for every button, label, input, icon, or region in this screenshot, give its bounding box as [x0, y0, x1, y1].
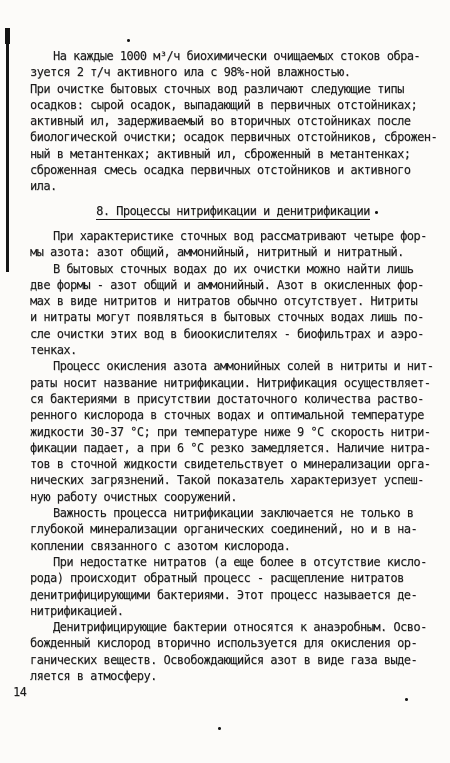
text-line: Процесс окисления азота аммонийных солей…	[30, 358, 436, 374]
text-line: тов в сточной жидкости свидетельствует о…	[30, 456, 436, 472]
text-line: Важность процесса нитрификации заключает…	[30, 505, 436, 521]
text-block: На каждые 1000 м³/ч биохимически очищаем…	[30, 48, 436, 701]
text-line: и нитраты могут появляться в бытовых сто…	[30, 309, 436, 325]
text-line: На каждые 1000 м³/ч биохимически очищаем…	[30, 48, 436, 64]
scanned-document-page: На каждые 1000 м³/ч биохимически очищаем…	[0, 0, 450, 763]
text-line: коплении связанного с азотом кислорода.	[30, 538, 436, 554]
text-line: фикации падает, а при 6 °С резко замедля…	[30, 440, 436, 456]
scan-artifact-binding-line	[6, 28, 9, 272]
section-heading: 8. Процессы нитрификации и денитрификаци…	[30, 203, 436, 219]
text-line: биологической очистки; осадок первичных …	[30, 129, 436, 145]
text-line: нических загрязнений. Такой показатель х…	[30, 472, 436, 488]
text-line: сле очистки этих вод в биоокислителях - …	[30, 326, 436, 342]
text-line: Денитрифицирующие бактерии относятся к а…	[30, 619, 436, 635]
text-line: активный ил, задерживаемый во вторичных …	[30, 113, 436, 129]
text-line: сброженная смесь осадка первичных отстой…	[30, 162, 436, 178]
text-line: нитрификацией.	[30, 603, 436, 619]
text-line: божденный кислород вторично используется…	[30, 635, 436, 651]
text-line: мы азота: азот общий, аммонийный, нитрит…	[30, 244, 436, 260]
text-line: ляется в атмосферу.	[30, 668, 436, 684]
paragraph: Процесс окисления азота аммонийных солей…	[30, 358, 436, 505]
text-line: денитрифицирующими бактериями. Этот проц…	[30, 587, 436, 603]
text-line: две формы - азот общий и аммонийный. Азо…	[30, 277, 436, 293]
text-line: В бытовых сточных водах до их очистки мо…	[30, 261, 436, 277]
scan-artifact-binding-blob	[5, 28, 10, 44]
paragraph: При характеристике сточных вод рассматри…	[30, 228, 436, 261]
text-line: глубокой минерализации органических соед…	[30, 521, 436, 537]
text-line: тенках.	[30, 342, 436, 358]
text-line: рода) происходит обратный процесс - расщ…	[30, 570, 436, 586]
text-line: При очистке бытовых сточных вод различаю…	[30, 81, 436, 97]
text-line: При характеристике сточных вод рассматри…	[30, 228, 436, 244]
scan-artifact-speck	[127, 39, 130, 42]
text-line: ную работу очистных сооружений.	[30, 489, 436, 505]
text-line: ренного кислорода в сточных водах и опти…	[30, 407, 436, 423]
paragraph: Важность процесса нитрификации заключает…	[30, 505, 436, 554]
paragraph: При недостатке нитратов (а еще более в о…	[30, 554, 436, 619]
paragraph: На каждые 1000 м³/ч биохимически очищаем…	[30, 48, 436, 81]
text-line: мах в виде нитритов и нитратов обычно от…	[30, 293, 436, 309]
paragraph: Денитрифицирующие бактерии относятся к а…	[30, 619, 436, 684]
paragraph: В бытовых сточных водах до их очистки мо…	[30, 261, 436, 359]
text-line: раты носит название нитрификации. Нитриф…	[30, 375, 436, 391]
text-line: жидкости 30-37 °С; при температуре ниже …	[30, 424, 436, 440]
text-line: ганических веществ. Освобождающийся азот…	[30, 652, 436, 668]
scan-artifact-speck	[218, 727, 221, 730]
text-line: ила.	[30, 178, 436, 194]
text-line: При недостатке нитратов (а еще более в о…	[30, 554, 436, 570]
page-number: 14	[13, 684, 436, 700]
text-line: зуется 2 т/ч активного ила с 98%-ной вла…	[30, 64, 436, 80]
text-line: осадков: сырой осадок, выпадающий в перв…	[30, 97, 436, 113]
paragraph: При очистке бытовых сточных вод различаю…	[30, 81, 436, 195]
text-line: ный в метантенках; активный ил, сброженн…	[30, 146, 436, 162]
text-line: ся бактериями в присутствии достаточного…	[30, 391, 436, 407]
section-heading-text: 8. Процессы нитрификации и денитрификаци…	[96, 204, 370, 220]
